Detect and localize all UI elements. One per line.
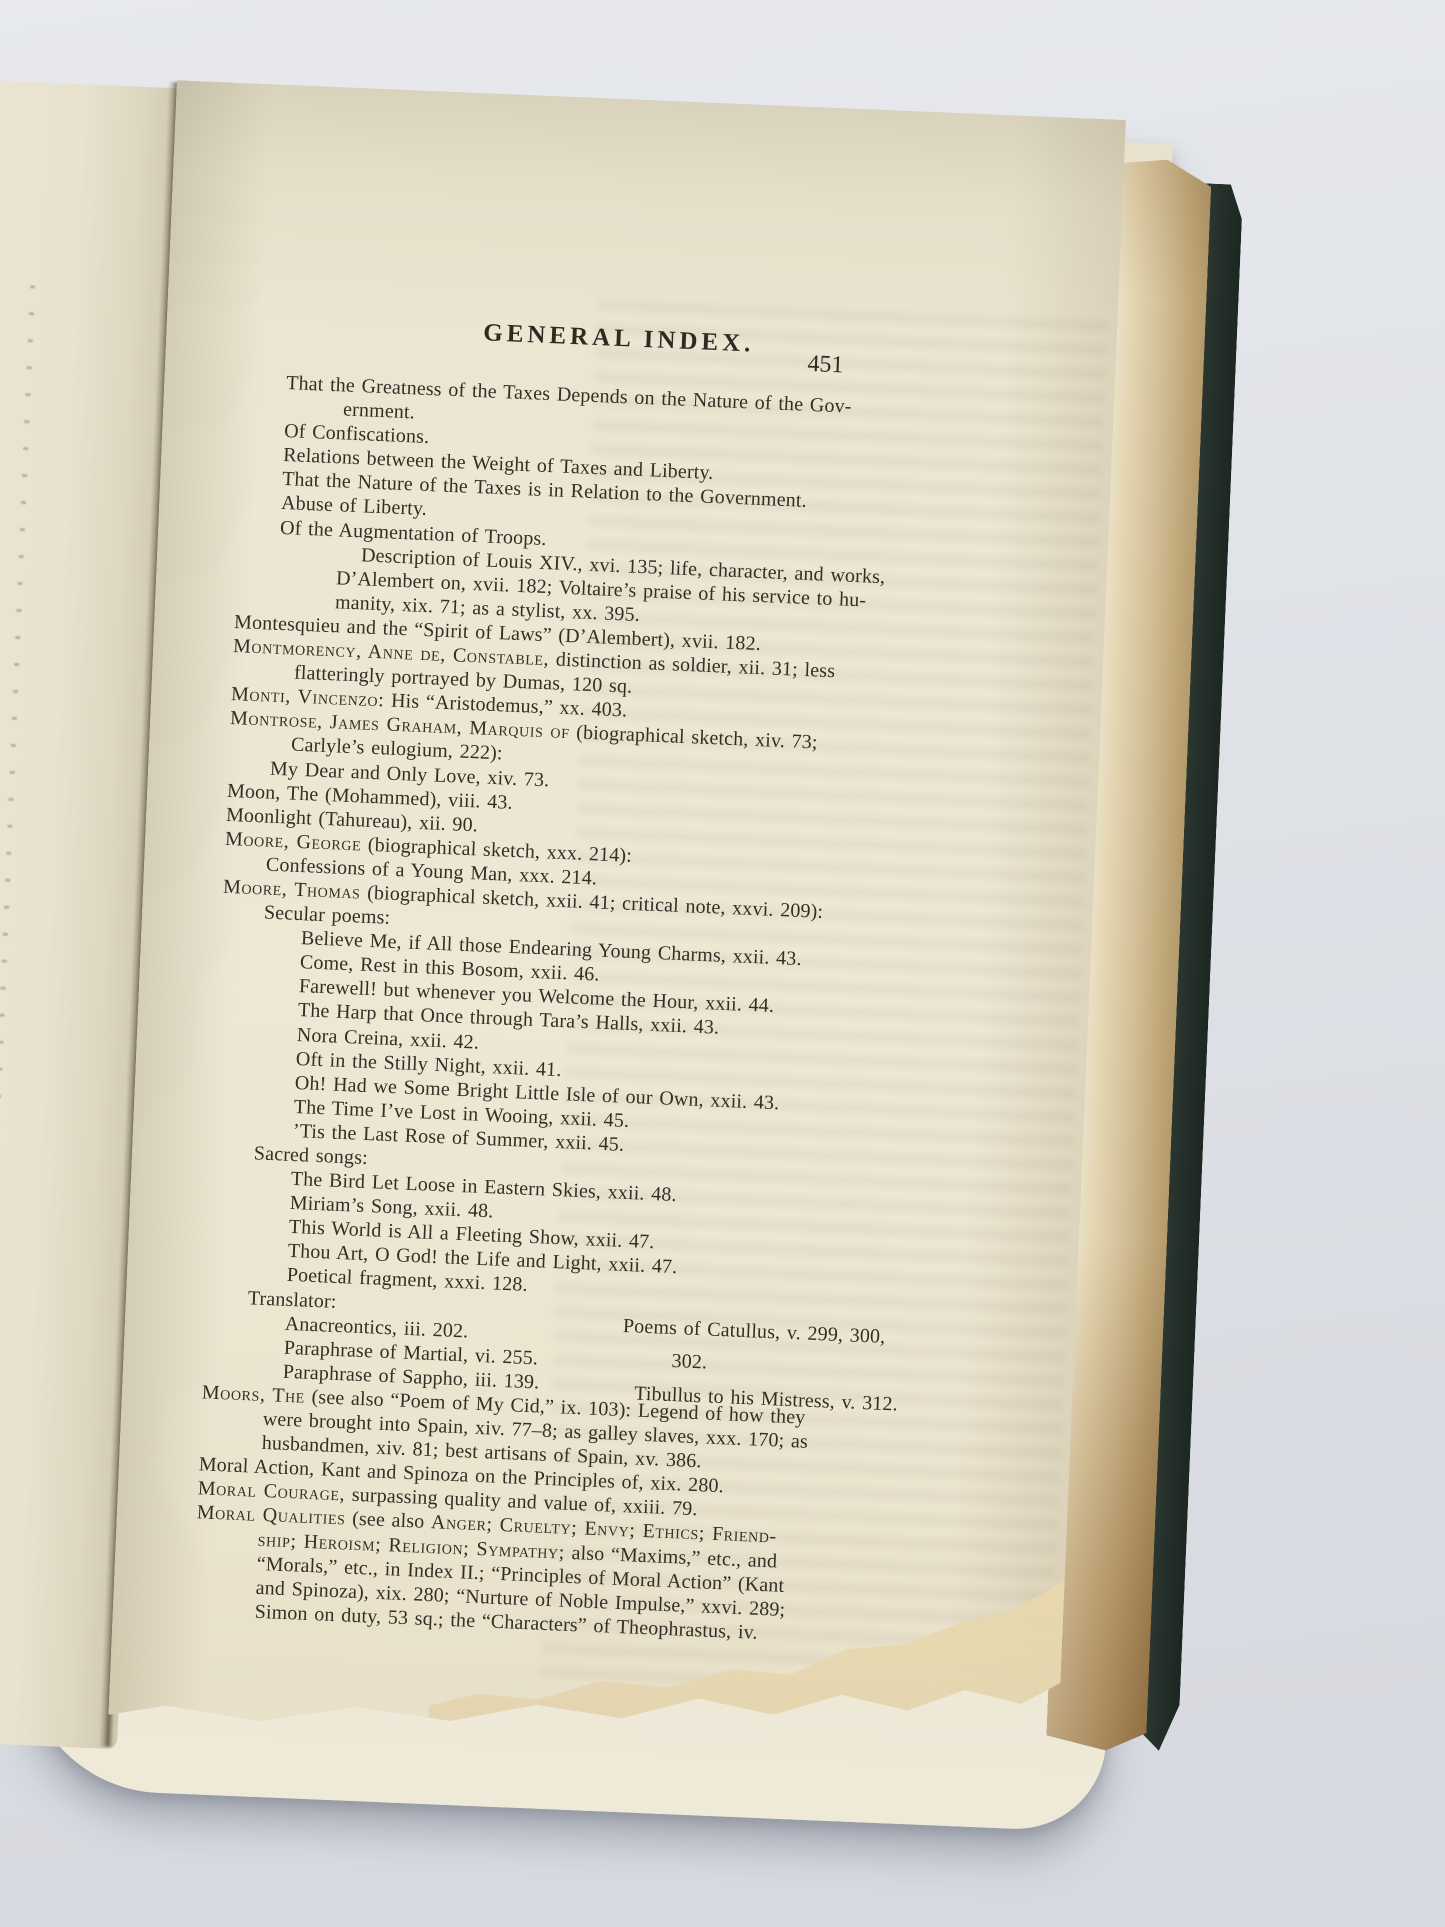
index-entry-text: ernment.: [343, 399, 416, 424]
index-entry-text: Sacred songs:: [253, 1142, 368, 1169]
index-text-column: That the Greatness of the Taxes Depends …: [192, 369, 992, 1652]
translator-right-column: Poems of Catullus, v. 299, 300,302.Tibul…: [620, 1310, 902, 1422]
index-entry-smallcaps: Moore, Thomas: [223, 876, 361, 904]
index-page: GENERAL INDEX. 451 That the Greatness of…: [108, 80, 1126, 1754]
index-entry-text: Translator:: [247, 1287, 337, 1313]
index-entry-smallcaps: Moors, The: [201, 1381, 305, 1407]
index-entry-text: (see also: [345, 1508, 431, 1534]
photo-backdrop: GENERAL INDEX. 451 That the Greatness of…: [0, 0, 1445, 1927]
page-number: 451: [807, 351, 844, 379]
index-entry-smallcaps: Moore, George: [225, 828, 362, 856]
index-entry-smallcaps: Moral Qualities: [196, 1502, 346, 1530]
open-book: GENERAL INDEX. 451 That the Greatness of…: [0, 13, 1286, 1827]
index-entry-text: Secular poems:: [264, 902, 391, 929]
